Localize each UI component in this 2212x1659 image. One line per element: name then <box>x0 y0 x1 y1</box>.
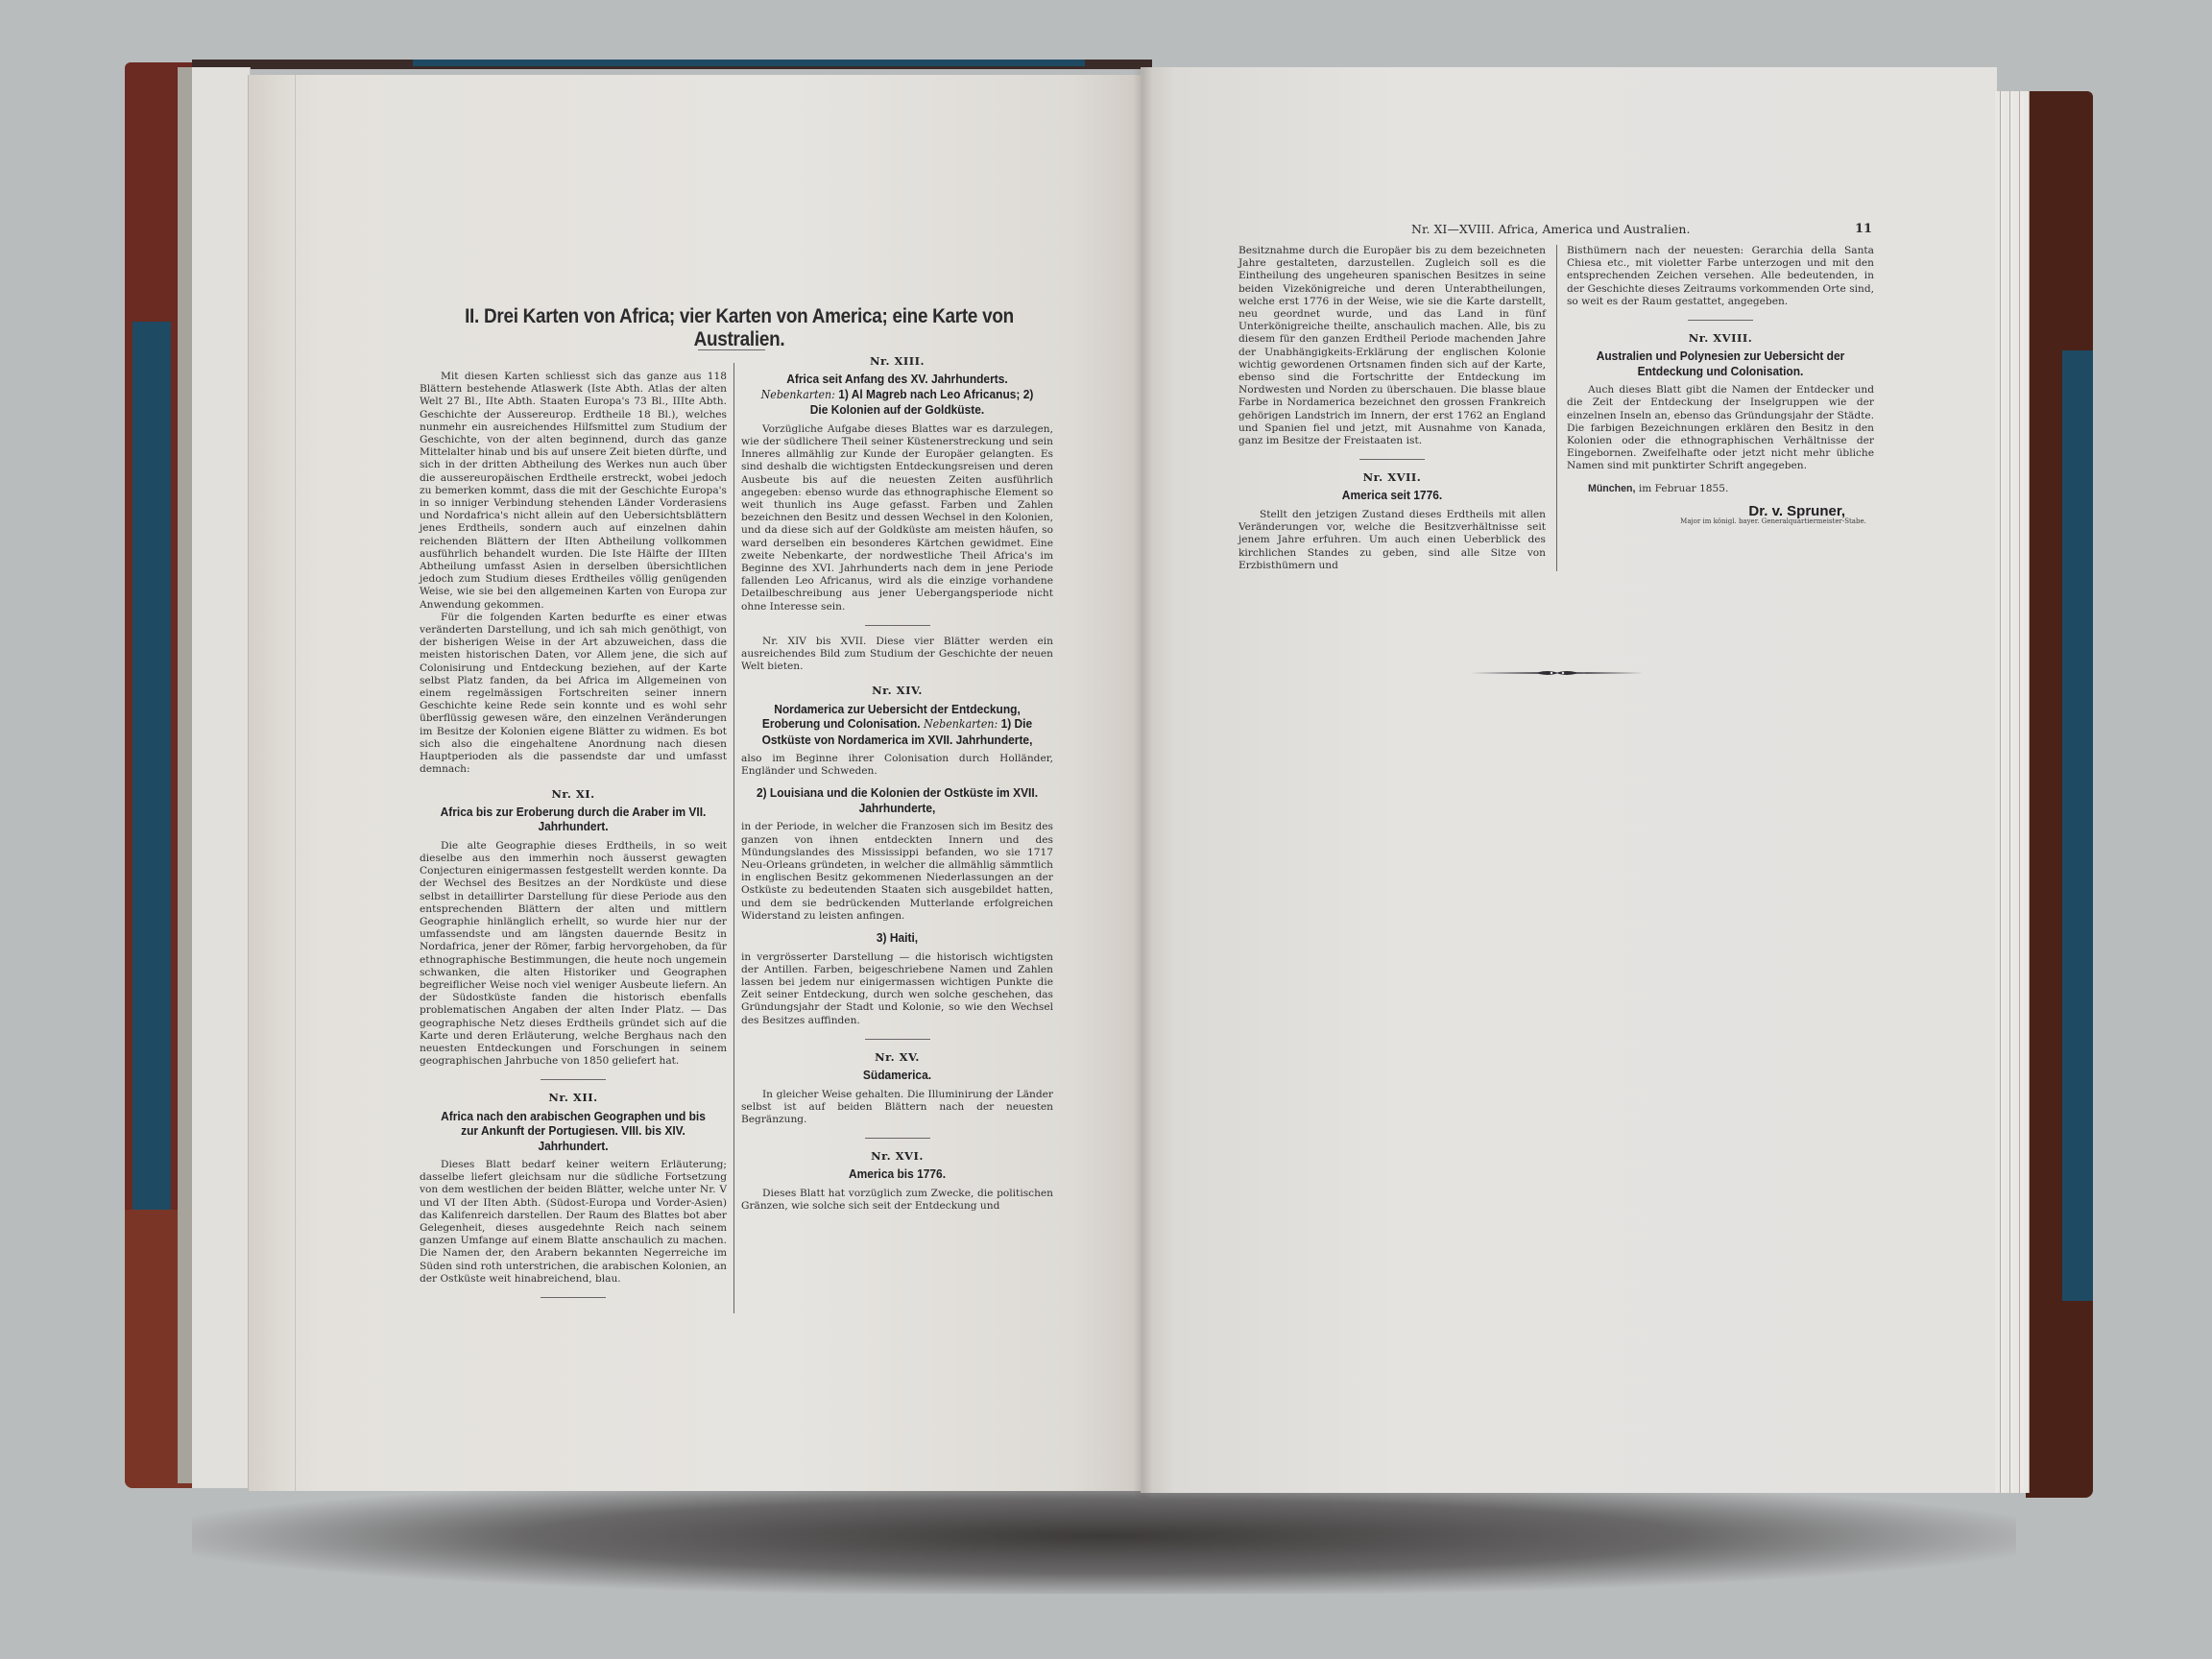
section-rule <box>1359 459 1425 460</box>
section-number-xvi: Nr. XVI. <box>741 1150 1053 1163</box>
section-heading-xi: Africa bis zur Eroberung durch die Arabe… <box>432 805 714 834</box>
section-rule <box>865 1039 930 1040</box>
cover-cloth-right <box>2062 350 2093 1301</box>
section-rule <box>1688 320 1753 321</box>
section-number-xvii: Nr. XVII. <box>1238 471 1546 484</box>
section-body-xiv-2: in der Periode, in welcher die Franzosen… <box>741 821 1053 923</box>
book-gutter <box>1133 67 1152 1498</box>
section-intro-xiv-xvii: Nr. XIV bis XVII. Diese vier Blätter wer… <box>741 636 1053 674</box>
page-title: II. Drei Karten von Africa; vier Karten … <box>454 305 1024 351</box>
section-heading-xiv: Nordamerica zur Uebersicht der Entdeckun… <box>754 702 1041 748</box>
column-divider <box>1556 245 1557 571</box>
table-shadow <box>192 1479 2016 1594</box>
section-rule <box>541 1079 606 1080</box>
section-body-xiv-3: in vergrösserter Darstellung — die histo… <box>741 951 1053 1027</box>
section-number-xi: Nr. XI. <box>420 788 727 801</box>
heading-italic: Nebenkarten: <box>761 388 835 401</box>
book-cover-right <box>2026 91 2093 1498</box>
signature: Dr. v. Spruner, <box>1567 505 1845 517</box>
section-rule <box>865 1138 930 1139</box>
section-number-xiv: Nr. XIV. <box>741 685 1053 697</box>
heading-italic: Nebenkarten: <box>924 717 998 731</box>
place-date: München, im Februar 1855. <box>1567 483 1874 495</box>
section-body-xvi-continued: Besitznahme durch die Europäer bis zu de… <box>1238 245 1546 447</box>
section-heading-xvi: America bis 1776. <box>754 1166 1041 1182</box>
left-page-stack-edge <box>249 75 296 1491</box>
left-column: Mit diesen Karten schliesst sich das gan… <box>420 371 727 1308</box>
section-heading-xv: Südamerica. <box>754 1068 1041 1083</box>
section-number-xii: Nr. XII. <box>420 1092 727 1104</box>
right-page-stack <box>1995 91 2030 1493</box>
intro-paragraph-2: Für die folgenden Karten bedurfte es ein… <box>420 612 727 777</box>
heading-main: Africa seit Anfang des XV. Jahrhunderts. <box>786 372 1007 386</box>
ornament-rule-icon <box>1471 669 1644 677</box>
place: München, <box>1588 483 1635 494</box>
cover-cloth-left <box>132 322 171 1277</box>
section-body-xvi: Dieses Blatt hat vorzüglich zum Zwecke, … <box>741 1188 1053 1213</box>
right-column: Nr. XIII. Africa seit Anfang des XV. Jah… <box>741 355 1053 1213</box>
section-rule <box>865 625 930 626</box>
section-heading-xii: Africa nach den arabischen Geographen un… <box>432 1109 714 1154</box>
signature-title: Major im königl. bayer. Generalquartierm… <box>1672 517 1874 526</box>
section-body-xi: Die alte Geographie dieses Erdtheils, in… <box>420 840 727 1069</box>
subheading-haiti: 3) Haiti, <box>754 930 1041 946</box>
section-number-xv: Nr. XV. <box>741 1051 1053 1064</box>
section-body-xiii: Vorzügliche Aufgabe dieses Blattes war e… <box>741 423 1053 613</box>
right-page-right-column: Bisthümern nach der neuesten: Gerarchia … <box>1567 245 1874 526</box>
section-body-xii: Dieses Blatt bedarf keiner weitern Erläu… <box>420 1159 727 1286</box>
section-body-xvii: Stellt den jetzigen Zustand dieses Erdth… <box>1238 509 1546 572</box>
subheading-louisiana: 2) Louisiana und die Kolonien der Ostküs… <box>754 785 1041 815</box>
section-body-xiv-1: also im Beginne ihrer Colonisation durch… <box>741 753 1053 778</box>
section-body-xv: In gleicher Weise gehalten. Die Illumini… <box>741 1089 1053 1127</box>
page-number: 11 <box>1855 222 1872 236</box>
date: im Februar 1855. <box>1639 483 1729 494</box>
section-heading-xiii: Africa seit Anfang des XV. Jahrhunderts.… <box>754 372 1041 418</box>
section-body-xviii: Auch dieses Blatt gibt die Namen der Ent… <box>1567 384 1874 472</box>
section-number-xiii: Nr. XIII. <box>741 355 1053 368</box>
section-rule <box>541 1297 606 1298</box>
intro-paragraph-1: Mit diesen Karten schliesst sich das gan… <box>420 371 727 612</box>
right-page-left-column: Besitznahme durch die Europäer bis zu de… <box>1238 245 1546 572</box>
column-divider <box>733 363 734 1313</box>
section-body-xvii-continued: Bisthümern nach der neuesten: Gerarchia … <box>1567 245 1874 308</box>
section-heading-xviii: Australien und Polynesien zur Uebersicht… <box>1579 349 1862 378</box>
title-rule <box>698 349 765 350</box>
running-head: Nr. XI—XVIII. Africa, America und Austra… <box>1411 222 1690 236</box>
flyleaf <box>192 67 251 1488</box>
book-top-edge <box>192 60 1152 69</box>
heading-rest: 1) Al Magreb nach Leo Africanus; 2) Die … <box>810 387 1034 418</box>
section-number-xviii: Nr. XVIII. <box>1567 332 1874 345</box>
section-heading-xvii: America seit 1776. <box>1251 488 1533 503</box>
